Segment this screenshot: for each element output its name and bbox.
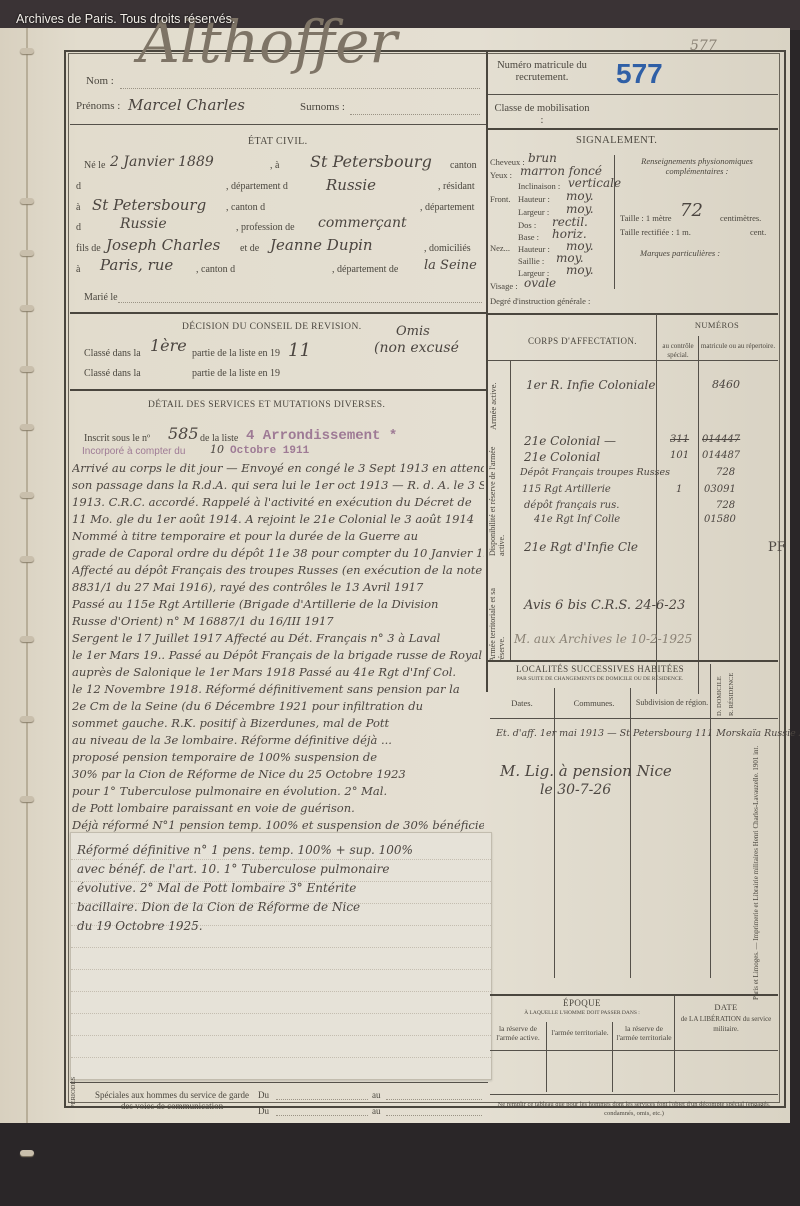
epoque-subtitle: À LAQUELLE L'HOMME DOIT PASSER DANS : [490, 1010, 674, 1016]
column-divider [546, 1022, 547, 1092]
nez-base-label: Base : [518, 232, 539, 242]
epoque-footnote: Ne remplir ce tableau que pour les homme… [494, 1100, 774, 1118]
et-de-label: et de [240, 243, 259, 254]
birth-place: St Petersbourg [310, 152, 432, 171]
parents-departement: la Seine [424, 258, 477, 273]
departement2-label: , département [420, 202, 474, 213]
classe-row2-label: Classé dans la [84, 368, 141, 379]
binding-stitch [20, 366, 34, 372]
note-line: sommet gauche. R.K. positif à Bizerdunes… [72, 715, 484, 732]
corps-matricule: 728 [716, 500, 735, 511]
periode-line [386, 1099, 482, 1100]
inscrit-number: 585 [168, 424, 199, 443]
corps-row: 21e Rgt d'Infie Cle [524, 540, 638, 554]
services-title: DÉTAIL DES SERVICES ET MUTATIONS DIVERSE… [148, 400, 385, 410]
note-line: Affecté au dépôt Français des troupes Ru… [72, 562, 484, 579]
fils-de-label: fils de [76, 243, 101, 254]
printer-imprint: Paris et Limoges. — Imprimerie et Librai… [752, 580, 760, 1000]
localite-entry: le 30-7-26 [540, 782, 611, 798]
divider [488, 94, 778, 95]
visage-label: Visage : [490, 281, 518, 291]
corps-matricule: 014487 [702, 450, 740, 461]
periodes-label: Spéciales aux hommes du service de garde… [92, 1090, 252, 1112]
section-armee-active: Armée active. [488, 370, 498, 430]
slip-line: Réformé définitive n° 1 pens. temp. 100%… [77, 841, 413, 860]
d2-label: d [76, 222, 81, 233]
surnoms-label: Surnoms : [300, 101, 345, 113]
incorpore-date: Octobre 1911 [230, 445, 309, 457]
binding-stitch [20, 305, 34, 311]
corps-affectation-title: CORPS D'AFFECTATION. [528, 336, 637, 346]
taille-unit: centimètres. [720, 213, 761, 223]
residence: St Petersbourg [92, 196, 206, 214]
col-communes: Communes. [556, 698, 632, 708]
divider [490, 994, 778, 996]
surnoms-line [350, 114, 480, 115]
slip-line: évolutive. 2° Mal de Pott lombaire 3° En… [77, 879, 413, 898]
note-line: Sergent le 17 Juillet 1917 Affecté au Dé… [72, 630, 484, 647]
binding-stitch [20, 796, 34, 802]
corps-row: Dépôt Français troupes Russes [520, 467, 670, 478]
divider [490, 1094, 778, 1095]
epoque-col-territoriale: l'armée territoriale. [548, 1028, 612, 1037]
corps-row: 1er R. Infie Coloniale [526, 378, 655, 392]
classe-row2-mid: partie de la liste en 19 [192, 368, 280, 379]
section-disponibilite: Disponibilité et réserve de l'armée acti… [488, 436, 506, 556]
domicilies-label: , domiciliés [424, 243, 471, 254]
binding-stitch [20, 424, 34, 430]
d-label: d [76, 181, 81, 192]
binding-stitch [20, 716, 34, 722]
note-line: auprès de Salonique le 1er Mars 1918 Pas… [72, 664, 484, 681]
archive-watermark: Archives de Paris. Tous droits réservés. [16, 12, 235, 26]
father-name: Joseph Charles [106, 236, 220, 254]
corps-controle: 311 [670, 434, 689, 445]
divider [70, 312, 486, 314]
pasted-amendment-slip: Réformé définitive n° 1 pens. temp. 100%… [70, 832, 492, 1080]
nom-label: Nom : [86, 75, 114, 87]
conseil-revision-title: DÉCISION DU CONSEIL DE REVISION. [182, 322, 361, 332]
note-line: au niveau de la 3e lombaire. Réforme déf… [72, 732, 484, 749]
nom-line [120, 88, 480, 89]
note-line: Passé au 115e Rgt Artillerie (Brigade d'… [72, 596, 484, 613]
binding-stitch [20, 48, 34, 54]
section-territoriale: Armée territoriale et sa réserve. [488, 562, 506, 662]
note-line: proposé pension temporaire de 100% suspe… [72, 749, 484, 766]
corps-matricule: 8460 [712, 378, 740, 391]
residant-label: , résidant [438, 181, 475, 192]
binding-stitch [20, 492, 34, 498]
nez-largeur-value: moy. [566, 263, 594, 277]
divider [488, 660, 778, 662]
canton-label: canton [450, 160, 477, 171]
localites-title: LOCALITÉS SUCCESSIVES HABITÉES [490, 664, 710, 674]
inscrit-label: Inscrit sous le nº [84, 433, 150, 444]
classe-label: Classe de mobilisation : [492, 103, 592, 127]
signalement-divider [614, 155, 615, 289]
note-line: de Pott lombaire paraissant en voie de g… [72, 800, 484, 817]
birth-departement: Russie [326, 176, 376, 194]
col-controle-special: au contrôle spécial. [658, 342, 698, 360]
corps-row: 21e Colonial — [524, 434, 616, 448]
binding-stitch [20, 636, 34, 642]
taille-rectifiee-unit: cent. [750, 227, 766, 237]
cheveux-value: brun [528, 151, 557, 165]
corps-matricule: 728 [716, 467, 735, 478]
divider [488, 313, 778, 315]
visage-value: ovale [524, 276, 556, 290]
note-line: Arrivé au corps le dit jour — Envoyé en … [72, 460, 484, 477]
territoriale-note: Avis 6 bis C.R.S. 24-6-23 [524, 598, 685, 613]
etat-civil-title: ÉTAT CIVIL. [248, 136, 308, 147]
front-hauteur-value: moy. [566, 189, 594, 203]
a3-label: à [76, 264, 80, 275]
periode-line [276, 1099, 368, 1100]
note-line: 1913. C.R.C. accordé. Rappelé à l'activi… [72, 494, 484, 511]
epoque-col-reserve-active: la réserve de l'armée active. [490, 1024, 546, 1042]
arrondissement-stamp: 4 Arrondissement * [246, 428, 397, 444]
numeros-title: NUMÉROS [656, 320, 778, 330]
epoque-title: ÉPOQUE [490, 998, 674, 1008]
divider [70, 1082, 488, 1083]
col-dates: Dates. [490, 698, 554, 708]
localite-entry: M. Lig. à pension Nice [500, 762, 672, 780]
front-inclinaison-label: Inclinaison : [518, 181, 560, 191]
yeux-label: Yeux : [490, 170, 512, 180]
prenoms-value: Marcel Charles [128, 96, 245, 114]
column-divider [698, 336, 699, 694]
departement-label: , département d [226, 181, 288, 192]
date-liberation: de LA LIBÉRATION du service militaire. [680, 1014, 772, 1034]
note-line: 30% par la Cion de Réforme de Nice du 25… [72, 766, 484, 783]
date-title: DATE [676, 1002, 776, 1012]
note-line: le 1er Mars 19.. Passé au Dépôt Français… [72, 647, 484, 664]
note-line: le 12 Novembre 1918. Réformé définitivem… [72, 681, 484, 698]
degre-instruction-label: Degré d'instruction générale : [490, 296, 590, 306]
margin-mark: PF [768, 540, 786, 555]
classe-row1-label: Classé dans la [84, 348, 141, 359]
canton2-label: , canton d [226, 202, 265, 213]
ne-le-label: Né le [84, 160, 105, 171]
column-divider [612, 1022, 613, 1092]
section-divider [510, 360, 511, 660]
profession: commerçant [318, 215, 407, 231]
periode-line [276, 1115, 368, 1116]
note-line: son passage dans la R.d.A. qui sera lui … [72, 477, 484, 494]
corps-controle: 101 [670, 450, 689, 461]
epoque-col-reserve-territoriale: la réserve de l'armée territoriale [614, 1024, 674, 1042]
matricule-pencil: 577 [690, 38, 717, 54]
divider [490, 1050, 778, 1051]
corps-controle: 1 [676, 484, 682, 495]
page-binding [26, 28, 28, 1123]
nez-hauteur-label: Hauteur : [518, 244, 550, 254]
corps-row: dépôt français rus. [524, 500, 619, 511]
column-divider [710, 664, 711, 978]
marie-label: Marié le [84, 292, 118, 303]
divider [488, 360, 778, 361]
a-label: , à [270, 160, 279, 171]
slip-text: Réformé définitive n° 1 pens. temp. 100%… [77, 841, 413, 936]
corps-matricule: 01580 [704, 514, 736, 525]
nez-dos-label: Dos : [518, 220, 536, 230]
marie-line [118, 302, 482, 303]
matricule-label: Numéro matricule du recrutement. [492, 60, 592, 84]
periode-au-2: au [372, 1106, 381, 1116]
binding-stitch [20, 198, 34, 204]
periode-du-2: Du [258, 1106, 269, 1116]
note-line: Russe d'Orient) n° M 16887/1 du 16/III 1… [72, 613, 484, 630]
localites-subtitle: PAR SUITE DE CHANGEMENTS DE DOMICILE OU … [490, 676, 710, 682]
note-line: grade de Caporal ordre du dépôt 11e 38 p… [72, 545, 484, 562]
col-matricule: matricule ou au répertoire. [700, 342, 776, 351]
front-largeur-value: moy. [566, 202, 594, 216]
services-notes: Arrivé au corps le dit jour — Envoyé en … [72, 460, 484, 885]
taille-value: 72 [680, 200, 703, 221]
slip-line: bacillaire. Dion de la Cion de Réforme d… [77, 898, 413, 917]
note-line: 8831/1 du 27 Mai 1916), rayé des contrôl… [72, 579, 484, 596]
periodes-side-label: PÉRIODES [70, 1060, 77, 1108]
front-largeur-label: Largeur : [518, 207, 549, 217]
taille-label: Taille : 1 mètre [620, 213, 672, 223]
front-label: Front. [490, 194, 511, 204]
nez-saillie-label: Saillie : [518, 256, 544, 266]
marques-label: Marques particulières : [640, 248, 720, 258]
archives-note: M. aux Archives le 10-2-1925 [514, 632, 692, 646]
divider [70, 389, 486, 391]
canton3-label: , canton d [196, 264, 235, 275]
matricule-number: 577 [616, 58, 663, 90]
periode-du-1: Du [258, 1090, 269, 1100]
parents-domicile: Paris, rue [100, 256, 173, 274]
col-residence: R. RÉSIDENCE [728, 666, 735, 716]
mother-name: Jeanne Dupin [270, 236, 373, 254]
corps-row: 41e Rgt Inf Colle [534, 514, 620, 525]
birth-date: 2 Janvier 1889 [110, 154, 214, 170]
binding-stitch [20, 1150, 34, 1156]
periode-line [386, 1115, 482, 1116]
classe-row1-note: (non excusé [374, 340, 459, 356]
slip-line: avec bénéf. de l'art. 10. 1° Tuberculose… [77, 860, 413, 879]
incorpore-stamp: Incorporé à compter du [82, 446, 185, 457]
signalement-title: SIGNALEMENT. [576, 135, 657, 146]
col-domicile: D. DOMICILE [716, 666, 723, 716]
col-subdivision: Subdivision de région. [632, 698, 712, 707]
binding-stitch [20, 250, 34, 256]
note-line: 2e Cm de la Seine (du 6 Décembre 1921 po… [72, 698, 484, 715]
divider [70, 124, 486, 125]
divider [490, 718, 778, 719]
classe-row1-omis: Omis [396, 324, 430, 339]
residence-departement: Russie [120, 216, 167, 232]
note-line: Nommé à titre temporaire et pour la duré… [72, 528, 484, 545]
note-line: pour 1° Tuberculose pulmonaire en évolut… [72, 783, 484, 800]
divider [488, 128, 778, 130]
slip-line: du 19 Octobre 1925. [77, 917, 413, 936]
prenoms-label: Prénoms : [76, 100, 120, 112]
nez-label: Nez... [490, 243, 510, 253]
profession-label: , profession de [236, 222, 295, 233]
classe-row1-year: 11 [288, 340, 311, 361]
periode-au-1: au [372, 1090, 381, 1100]
renseignements-label: Renseignements physionomiques complément… [622, 156, 772, 176]
front-hauteur-label: Hauteur : [518, 194, 550, 204]
departement3-label: , département de [332, 264, 398, 275]
column-divider [674, 996, 675, 1092]
note-line: 11 Mo. gle du 1er août 1914. A rejoint l… [72, 511, 484, 528]
taille-rectifiee-label: Taille rectifiée : 1 m. [620, 227, 691, 237]
binding-stitch [20, 556, 34, 562]
classe-row1-mid: partie de la liste en 19 [192, 348, 280, 359]
corps-matricule: 014447 [702, 434, 740, 445]
incorpore-day: 10 [210, 443, 224, 456]
corps-matricule: 03091 [704, 484, 736, 495]
corps-row: 21e Colonial [524, 450, 600, 464]
a2-label: à [76, 202, 80, 213]
corps-row: 115 Rgt Artillerie [522, 484, 611, 495]
classe-row1-partie: 1ère [150, 336, 187, 355]
